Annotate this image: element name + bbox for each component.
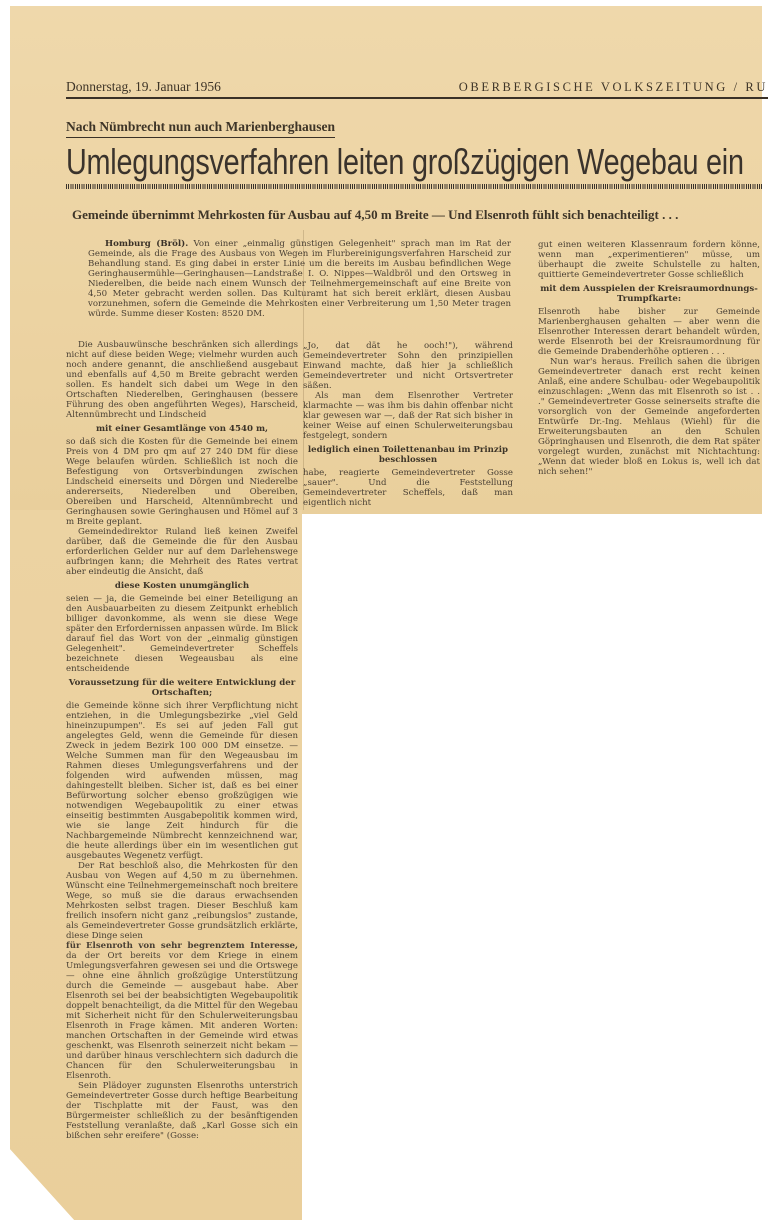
column-1: Die Ausbauwünsche beschränken sich aller… — [66, 340, 298, 1141]
lead-paragraph: Homburg (Bröl). Von einer „einmalig güns… — [88, 239, 511, 319]
article-kicker: Nach Nümbrecht nun auch Marienberghausen — [66, 119, 335, 138]
subheading: Voraussetzung für die weitere Entwicklun… — [66, 678, 298, 698]
paragraph: Die Ausbauwünsche beschränken sich aller… — [66, 340, 298, 420]
column-2: „Jo, dat dät he ooch!"), während Gemeind… — [303, 341, 513, 508]
paragraph: habe, reagierte Gemeindevertreter Gosse … — [303, 468, 513, 508]
inline-bold: für Elsenroth von sehr begrenztem Intere… — [66, 941, 298, 951]
masthead: Donnerstag, 19. Januar 1956 OBERBERGISCH… — [66, 79, 768, 99]
subheading: mit dem Ausspielen der Kreisraumordnungs… — [538, 284, 760, 304]
issue-date: Donnerstag, 19. Januar 1956 — [66, 79, 221, 95]
paragraph-text: da der Ort bereits vor dem Kriege in ein… — [66, 951, 298, 1081]
subheading: lediglich einen Toilettenanbau im Prinzi… — [303, 445, 513, 465]
article-subheadline: Gemeinde übernimmt Mehrkosten für Ausbau… — [72, 207, 678, 223]
paragraph: „Jo, dat dät he ooch!"), während Gemeind… — [303, 341, 513, 391]
subheading: mit einer Gesamtlänge von 4540 m, — [66, 424, 298, 434]
paragraph: Elsenroth habe bisher zur Gemeinde Marie… — [538, 307, 760, 357]
paragraph: gut einen weiteren Klassenraum fordern k… — [538, 240, 760, 280]
newspaper-name: OBERBERGISCHE VOLKSZEITUNG / RU — [459, 80, 768, 95]
column-3: gut einen weiteren Klassenraum fordern k… — [538, 240, 760, 477]
headline-rule — [66, 184, 763, 189]
paragraph: Nun war's heraus. Freilich sahen die übr… — [538, 357, 760, 477]
paragraph: für Elsenroth von sehr begrenztem Intere… — [66, 941, 298, 1081]
paragraph: Als man dem Elsenrother Vertreter klarma… — [303, 391, 513, 441]
lead-text: Von einer „einmalig günstigen Gelegenhei… — [88, 239, 511, 319]
paragraph: seien — ja, die Gemeinde bei einer Betei… — [66, 594, 298, 674]
paragraph: so daß sich die Kosten für die Gemeinde … — [66, 437, 298, 527]
dateline: Homburg (Bröl). — [105, 239, 188, 249]
paragraph: Der Rat beschloß also, die Mehrkosten fü… — [66, 861, 298, 941]
subheading: diese Kosten unumgänglich — [66, 581, 298, 591]
paragraph: Sein Plädoyer zugunsten Elsenroths unter… — [66, 1081, 298, 1141]
paragraph: Gemeindedirektor Ruland ließ keinen Zwei… — [66, 527, 298, 577]
paragraph: die Gemeinde könne sich ihrer Verpflicht… — [66, 701, 298, 861]
article-headline: Umlegungsverfahren leiten großzügigen We… — [66, 142, 626, 182]
